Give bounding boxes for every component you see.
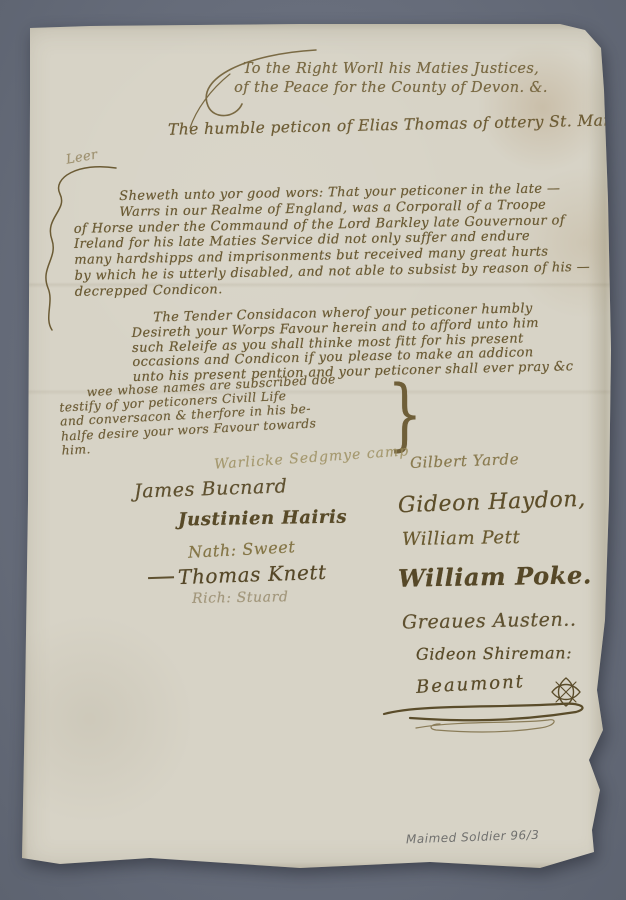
signature-underline-flourish xyxy=(380,698,600,738)
signature: Gideon Haydon, xyxy=(398,487,587,519)
signature: Rich: Stuard xyxy=(192,589,289,607)
signature: James Bucnard xyxy=(134,475,288,502)
signature: Beaumont xyxy=(416,671,526,698)
signature: Gilbert Yarde xyxy=(410,450,520,472)
petition-body: Sheweth unto yor good wors: That your pe… xyxy=(73,180,626,300)
salutation: To the Right Worll his Maties Justices, … xyxy=(196,60,586,98)
signature: Nath: Sweet xyxy=(188,537,296,562)
manuscript-page: To the Right Worll his Maties Justices, … xyxy=(18,22,614,872)
attestation-note: wee whose names are subscribed doe testi… xyxy=(58,369,393,457)
signature: Justinien Hairis xyxy=(178,507,348,531)
signature-dash xyxy=(148,576,174,579)
signature-text: Thomas Knett xyxy=(178,560,327,589)
petition-title: The humble peticon of Elias Thomas of ot… xyxy=(168,111,618,138)
signature: Greaues Austen.. xyxy=(402,608,577,633)
photo-background: To the Right Worll his Maties Justices, … xyxy=(0,0,626,900)
signature: William Pett xyxy=(402,527,521,550)
docket-mark: Leer xyxy=(65,147,99,167)
knot-flourish xyxy=(546,672,586,716)
salutation-line2: of the Peace for the County of Devon. &. xyxy=(196,79,586,98)
archive-reference-note: Maimed Soldier 96/3 xyxy=(406,828,540,847)
signature: Thomas Knett xyxy=(148,560,327,590)
salutation-line1: To the Right Worll his Maties Justices, xyxy=(196,60,586,79)
signature: William Poke. xyxy=(398,560,592,592)
signature: Gideon Shireman: xyxy=(416,643,572,663)
paper-shadow-wrap: To the Right Worll his Maties Justices, … xyxy=(18,22,614,872)
